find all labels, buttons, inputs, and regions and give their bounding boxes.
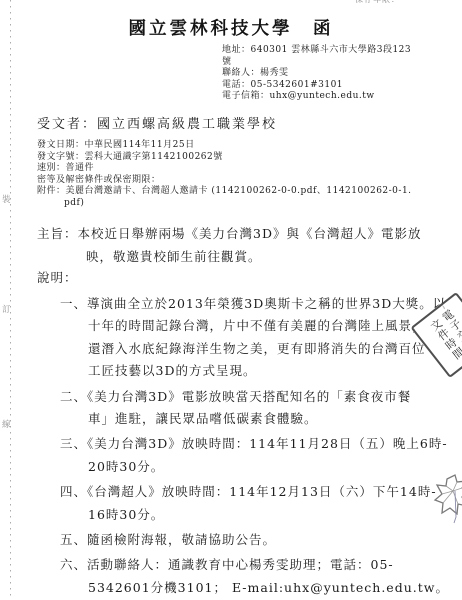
- speed-class-line: 速別：普通件: [37, 163, 412, 175]
- archive-retention-note: 檔 號： 保存年限：: [355, 0, 400, 4]
- sender-address-line-2: 號: [222, 57, 411, 69]
- sender-address-line: 地址：640301 雲林縣斗六市大學路3段123: [222, 45, 411, 57]
- retention-period-label: 保存年限：: [355, 0, 400, 4]
- item-1-line-1: 一、導演曲全立於2013年榮獲3D奧斯卡之稱的世界3D大獎。以: [60, 293, 440, 315]
- item-6-line-1: 六、活動聯絡人：通識教育中心楊秀雯助理；電話：05-: [60, 554, 440, 576]
- binding-mark-xian: 線: [2, 421, 11, 430]
- doc-number-line: 發文字號：雲科大通識字第1142100262號: [37, 152, 412, 164]
- crumpled-star-stamp-icon: [433, 473, 462, 525]
- explanation-item-1: 一、導演曲全立於2013年榮獲3D奧斯卡之稱的世界3D大獎。以 十年的時間記錄台…: [60, 293, 440, 383]
- issue-date-line: 發文日期：中華民國114年11月25日: [37, 140, 412, 152]
- explanation-item-5: 五、隨函檢附海報，敬請協助公告。: [60, 529, 440, 551]
- subject-line-1: 主旨：本校近日舉辦兩場《美力台灣3D》與《台灣超人》電影放: [37, 223, 421, 246]
- item-1-line-3: 還潛入水底紀錄海洋生物之美，更有即將消失的台灣百位: [60, 338, 440, 360]
- sender-contact-info: 地址：640301 雲林縣斗六市大學路3段123 號 聯絡人：楊秀雯 電話：05…: [222, 45, 411, 103]
- item-2-line-2: 車」進駐，讓民眾品嚐低碳素食體驗。: [60, 408, 440, 430]
- explanation-items: 一、導演曲全立於2013年榮獲3D奧斯卡之稱的世界3D大獎。以 十年的時間記錄台…: [60, 293, 440, 600]
- attachment-line: 附件：美麗台灣邀請卡、台灣超人邀請卡 (1142100262-0-0.pdf、1…: [37, 186, 412, 198]
- item-5-line-1: 五、隨函檢附海報，敬請協助公告。: [60, 529, 440, 551]
- explanation-item-4: 四、《台灣超人》放映時間：114年12月13日（六）下午14時- 16時30分。: [60, 481, 440, 526]
- sender-phone: 電話：05-5342601#3101: [222, 80, 411, 92]
- document-title: 國立雲林科技大學 函: [0, 15, 462, 40]
- attachment-line-cont: pdf): [37, 198, 412, 210]
- binding-dotted-line: [10, 0, 11, 600]
- subject-paragraph: 主旨：本校近日舉辦兩場《美力台灣3D》與《台灣超人》電影放 映，敬邀貴校師生前往…: [37, 223, 421, 268]
- subject-line-2: 映，敬邀貴校師生前往觀賞。: [37, 246, 421, 269]
- item-1-line-4: 工匠技藝以3D的方式呈現。: [60, 360, 440, 382]
- item-3-line-1: 三、《美力台灣3D》放映時間：114年11月28日（五）晚上6時-: [60, 433, 440, 455]
- binding-mark-ding: 訂: [2, 306, 11, 315]
- explanation-item-2: 二、《美力台灣3D》電影放映當天搭配知名的「素食夜市餐 車」進駐，讓民眾品嚐低碳…: [60, 386, 440, 431]
- item-1-line-2: 十年的時間記錄台灣，片中不僅有美麗的台灣陸上風景，: [60, 315, 440, 337]
- official-document-page: 裝 訂 線 檔 號： 保存年限： 國立雲林科技大學 函 地址：640301 雲林…: [0, 0, 462, 600]
- explanation-label: 說明：: [37, 268, 78, 286]
- binding-mark-zhuang: 裝: [2, 196, 11, 205]
- document-meta-block: 發文日期：中華民國114年11月25日 發文字號：雲科大通識字第11421002…: [37, 140, 412, 210]
- sender-email: 電子信箱：uhx@yuntech.edu.tw: [222, 91, 411, 103]
- recipient-line: 受文者：國立西螺高級農工職業學校: [37, 113, 277, 132]
- security-class-line: 密等及解密條件或保密期限：: [37, 175, 412, 187]
- item-4-line-1: 四、《台灣超人》放映時間：114年12月13日（六）下午14時-: [60, 481, 440, 503]
- item-2-line-1: 二、《美力台灣3D》電影放映當天搭配知名的「素食夜市餐: [60, 386, 440, 408]
- explanation-item-3: 三、《美力台灣3D》放映時間：114年11月28日（五）晚上6時- 20時30分…: [60, 433, 440, 478]
- item-4-line-2: 16時30分。: [60, 504, 440, 526]
- item-3-line-2: 20時30分。: [60, 456, 440, 478]
- sender-contact-person: 聯絡人：楊秀雯: [222, 68, 411, 80]
- item-6-line-2: 5342601分機3101； E-mail:uhx@yuntech.edu.tw…: [60, 577, 440, 599]
- explanation-item-6: 六、活動聯絡人：通識教育中心楊秀雯助理；電話：05- 5342601分機3101…: [60, 554, 440, 599]
